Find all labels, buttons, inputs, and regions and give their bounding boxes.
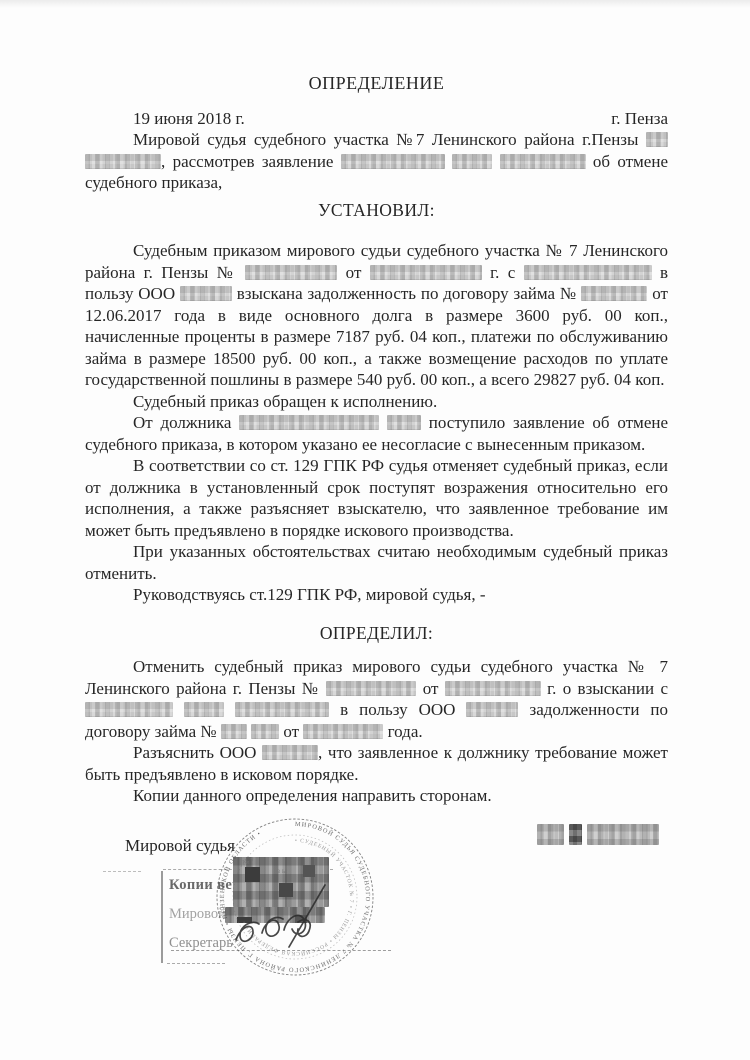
established-paragraph-1: Судебным приказом мирового судьи судебно… <box>85 240 668 391</box>
redacted-text <box>326 681 416 696</box>
stamp-ring-text-inner: • СУДЕБНЫЙ УЧАСТОК № 7 • Г. ПЕНЗЫ • РОСС… <box>241 837 354 957</box>
document-city: г. Пенза <box>611 108 668 130</box>
redacted-text <box>524 265 652 280</box>
stamp-text-fragment-number: № 7 <box>242 856 256 867</box>
redacted-judge-name <box>537 824 659 845</box>
redacted-text <box>262 745 318 760</box>
section-heading-resolved: ОПРЕДЕЛИЛ: <box>85 623 668 645</box>
document-content: ОПРЕДЕЛЕНИЕ 19 июня 2018 г. г. Пенза Мир… <box>85 0 668 1060</box>
redacted-text <box>370 265 482 280</box>
handwritten-signature <box>236 885 325 947</box>
redacted-text <box>452 154 492 169</box>
redacted-text <box>85 154 161 169</box>
redacted-text <box>235 702 329 717</box>
redacted-text <box>341 154 445 169</box>
redacted-text <box>587 824 659 845</box>
signature-block: Мировой судья Копии верн Мировой судь Се… <box>85 835 668 1060</box>
resolved-paragraph-2: Разъяснить ООО , что заявленное к должни… <box>85 742 668 785</box>
intro-paragraph: Мировой судья судебного участка №7 Ленин… <box>85 129 668 194</box>
document-title: ОПРЕДЕЛЕНИЕ <box>85 73 668 95</box>
redacted-text <box>184 702 224 717</box>
stamp-inner-ring <box>233 835 357 959</box>
redacted-text <box>180 286 232 301</box>
redacted-text <box>245 265 337 280</box>
redacted-text <box>251 724 279 739</box>
redacted-text <box>221 724 247 739</box>
redacted-text <box>239 415 379 430</box>
established-paragraph-6: Руководствуясь ст.129 ГПК РФ, мировой су… <box>85 584 668 606</box>
document-date: 19 июня 2018 г. <box>85 108 245 130</box>
established-paragraph-5: При указанных обстоятельствах считаю нео… <box>85 541 668 584</box>
resolved-paragraph-3: Копии данного определения направить стор… <box>85 785 668 807</box>
redacted-text <box>569 824 582 845</box>
dateline: 19 июня 2018 г. г. Пенза <box>85 108 668 130</box>
established-paragraph-3: От должника поступило заявление об отмен… <box>85 412 668 455</box>
cert-left-rule <box>161 871 163 963</box>
stamp-text-fragment-letters: з ы <box>277 866 287 875</box>
redacted-text <box>646 132 668 147</box>
court-ruling-document: ОПРЕДЕЛЕНИЕ 19 июня 2018 г. г. Пенза Мир… <box>0 0 750 1060</box>
resolved-paragraph-1: Отменить судебный приказ мирового судьи … <box>85 656 668 742</box>
redacted-text <box>500 154 586 169</box>
section-heading-established: УСТАНОВИЛ: <box>85 200 668 222</box>
redacted-text <box>537 824 564 845</box>
redacted-text <box>85 702 173 717</box>
redacted-text <box>581 286 647 301</box>
established-paragraph-2: Судебный приказ обращен к исполнению. <box>85 391 668 413</box>
established-paragraph-4: В соответствии со ст. 129 ГПК РФ судья о… <box>85 455 668 541</box>
redacted-text <box>387 415 421 430</box>
court-round-stamp: МИРОВОЙ СУДЬЯ СУДЕБНОГО УЧАСТКА № 7 ЛЕНИ… <box>203 805 387 989</box>
redacted-text <box>445 681 541 696</box>
redacted-text <box>303 724 383 739</box>
redacted-text <box>466 702 518 717</box>
cert-dash-left <box>103 871 141 872</box>
